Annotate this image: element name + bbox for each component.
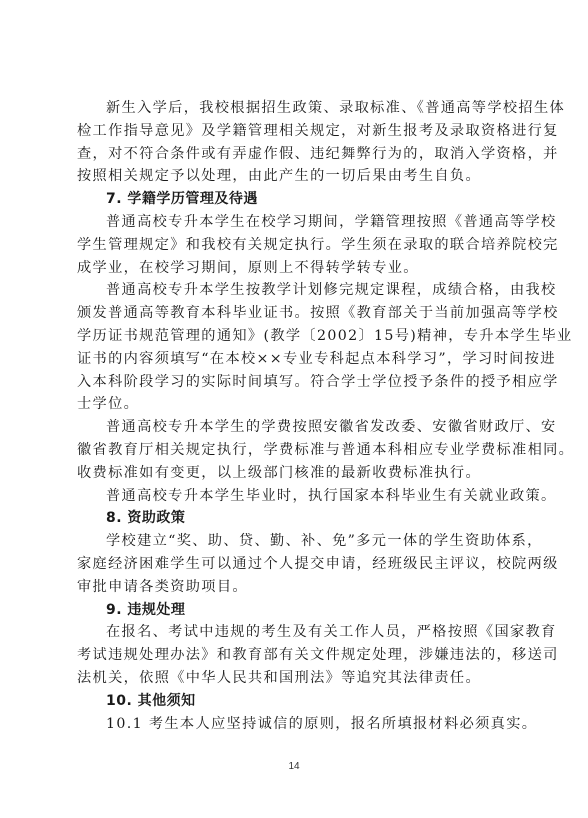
text-line: 10.1 考生本人应坚持诚信的原则，报名所填报材料必须真实。 [77,713,513,736]
paragraph-7-2: 普通高校专升本学生按教学计划修完规定课程，成绩合格，由我校 颁发普通高等教育本科… [77,279,513,416]
text-line: 学生管理规定》和我校有关规定执行。学生须在录取的联合培养院校完 [77,234,513,257]
page-number: 14 [0,761,588,772]
text-line: 普通高校专升本学生在校学习期间，学籍管理按照《普通高等学校 [77,211,513,234]
section-heading-7: 7. 学籍学历管理及待遇 [77,188,513,211]
text-line: 在报名、考试中违规的考生及有关工作人员，严格按照《国家教育 [77,621,513,644]
paragraph-7-4: 普通高校专升本学生毕业时，执行国家本科毕业生有关就业政策。 [77,485,513,508]
text-line: 新生入学后，我校根据招生政策、录取标准、《普通高等学校招生体 [77,97,513,120]
text-line: 普通高校专升本学生按教学计划修完规定课程，成绩合格，由我校 [77,279,513,302]
section-heading-9: 9. 违规处理 [77,599,513,622]
section-heading-10: 10. 其他须知 [77,690,513,713]
paragraph-8-1: 学校建立“奖、助、贷、勤、补、免”多元一体的学生资助体系， 家庭经济困难学生可以… [77,530,513,598]
text-line: 学历证书规范管理的通知》(教学〔2002〕15号)精神，专升本学生毕业 [77,325,513,348]
text-line: 法机关，依照《中华人民共和国刑法》等追究其法律责任。 [77,667,513,690]
paragraph-7-1: 普通高校专升本学生在校学习期间，学籍管理按照《普通高等学校 学生管理规定》和我校… [77,211,513,279]
text-line: 普通高校专升本学生毕业时，执行国家本科毕业生有关就业政策。 [77,485,513,508]
text-line: 按照相关规定予以处理，由此产生的一切后果由考生自负。 [77,165,513,188]
text-line: 颁发普通高等教育本科毕业证书。按照《教育部关于当前加强高等学校 [77,302,513,325]
text-line: 查，对不符合条件或有弄虚作假、违纪舞弊行为的，取消入学资格，并 [77,143,513,166]
text-line: 入本科阶段学习的实际时间填写。符合学士学位授予条件的授予相应学 [77,371,513,394]
text-line: 检工作指导意见》及学籍管理相关规定，对新生报考及录取资格进行复 [77,120,513,143]
document-page: 新生入学后，我校根据招生政策、录取标准、《普通高等学校招生体 检工作指导意见》及… [77,97,513,735]
text-line: 成学业，在校学习期间，原则上不得转学转专业。 [77,257,513,280]
text-line: 证书的内容须填写“在本校××专业专科起点本科学习”，学习时间按进 [77,348,513,371]
paragraph-7-3: 普通高校专升本学生的学费按照安徽省发改委、安徽省财政厅、安 徽省教育厅相关规定执… [77,416,513,484]
text-line: 士学位。 [77,393,513,416]
text-line: 家庭经济困难学生可以通过个人提交申请，经班级民主评议，校院两级 [77,553,513,576]
text-line: 徽省教育厅相关规定执行，学费标准与普通本科相应专业学费标准相同。 [77,439,513,462]
section-heading-8: 8. 资助政策 [77,507,513,530]
paragraph-10-1: 10.1 考生本人应坚持诚信的原则，报名所填报材料必须真实。 [77,713,513,736]
text-line: 考试违规处理办法》和教育部有关文件规定处理，涉嫌违法的，移送司 [77,644,513,667]
text-line: 审批申请各类资助项目。 [77,576,513,599]
text-line: 收费标准如有变更，以上级部门核准的最新收费标准执行。 [77,462,513,485]
paragraph-intro: 新生入学后，我校根据招生政策、录取标准、《普通高等学校招生体 检工作指导意见》及… [77,97,513,188]
text-line: 普通高校专升本学生的学费按照安徽省发改委、安徽省财政厅、安 [77,416,513,439]
paragraph-9-1: 在报名、考试中违规的考生及有关工作人员，严格按照《国家教育 考试违规处理办法》和… [77,621,513,689]
text-line: 学校建立“奖、助、贷、勤、补、免”多元一体的学生资助体系， [77,530,513,553]
